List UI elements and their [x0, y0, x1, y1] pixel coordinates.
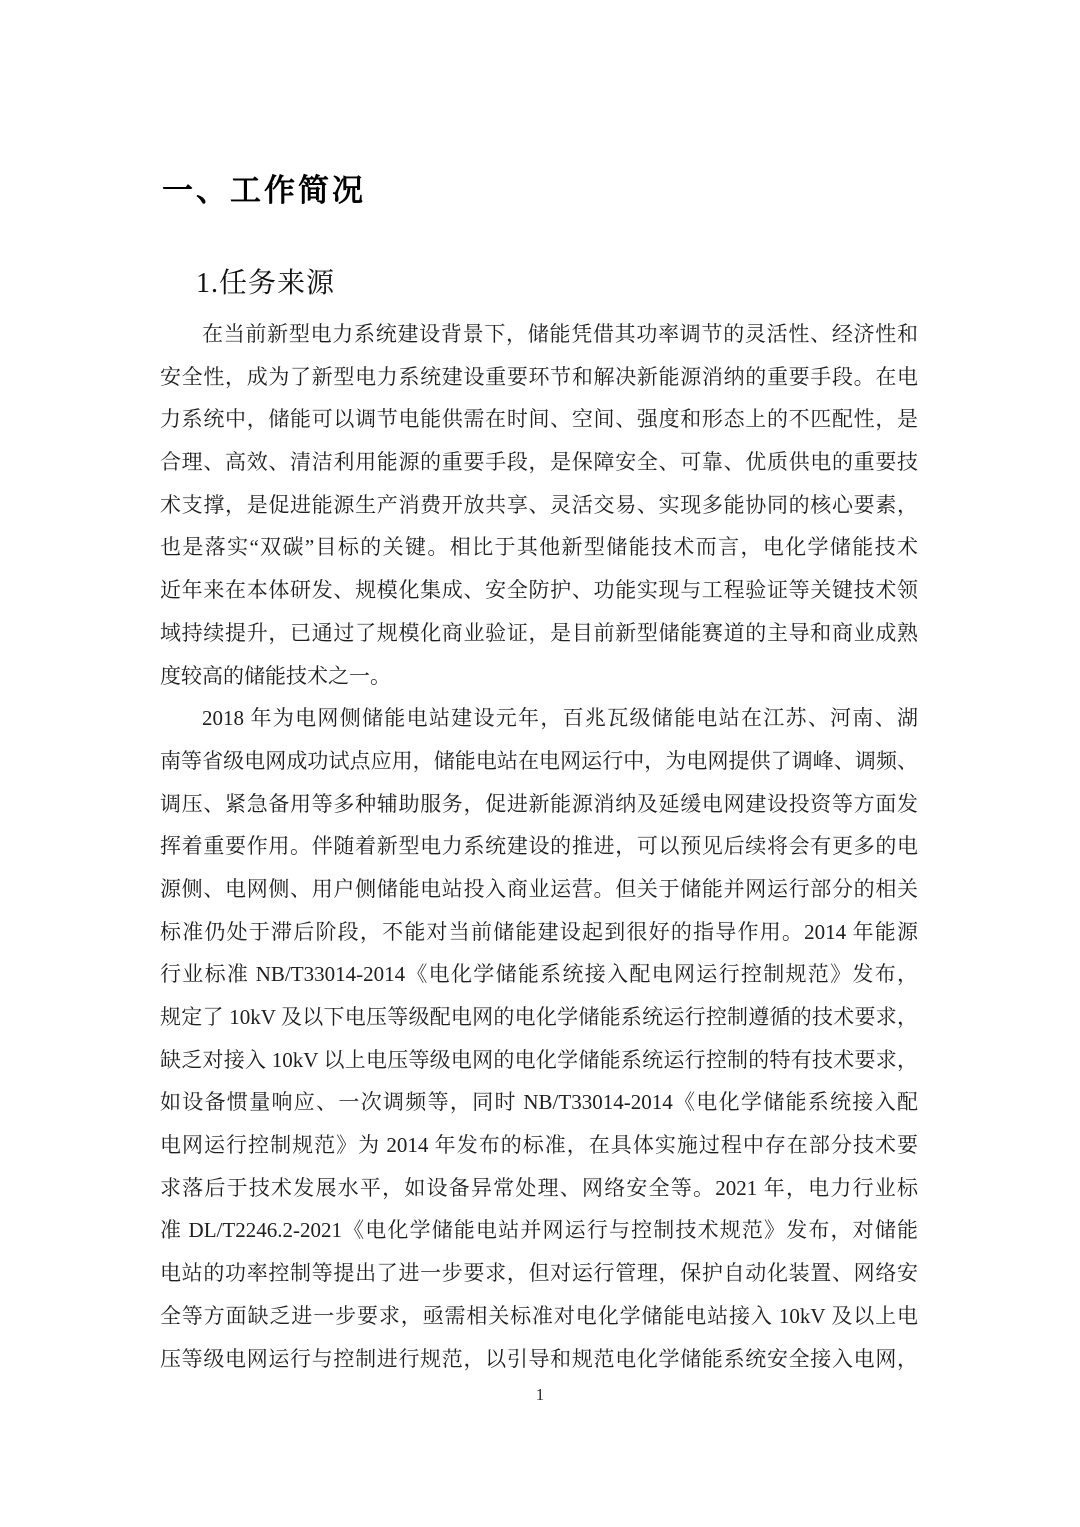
text-line: 调压、紧急备用等多种辅助服务，促进新能源消纳及延缓电网建设投资等方面发: [160, 783, 918, 826]
text-line: 规定了 10kV 及以下电压等级配电网的电化学储能系统运行控制遵循的技术要求，: [160, 996, 918, 1039]
text-line: 合理、高效、清洁利用能源的重要手段，是保障安全、可靠、优质供电的重要技: [160, 441, 918, 484]
text-line: 电站的功率控制等提出了进一步要求，但对运行管理，保护自动化装置、网络安: [160, 1252, 918, 1295]
text-line: 也是落实“双碳”目标的关键。相比于其他新型储能技术而言，电化学储能技术: [160, 526, 918, 569]
paragraph-task-source-intro: 在当前新型电力系统建设背景下，储能凭借其功率调节的灵活性、经济性和安全性，成为了…: [160, 313, 918, 697]
text-line: 2018 年为电网侧储能电站建设元年，百兆瓦级储能电站在江苏、河南、湖: [160, 697, 918, 740]
text-line: 在当前新型电力系统建设背景下，储能凭借其功率调节的灵活性、经济性和: [160, 313, 918, 356]
text-line: 挥着重要作用。伴随着新型电力系统建设的推进，可以预见后续将会有更多的电: [160, 825, 918, 868]
text-line: 术支撑，是促进能源生产消费开放共享、灵活交易、实现多能协同的核心要素，: [160, 484, 918, 527]
text-line: 压等级电网运行与控制进行规范，以引导和规范电化学储能系统安全接入电网，: [160, 1338, 918, 1381]
text-line: 行业标准 NB/T33014-2014《电化学储能系统接入配电网运行控制规范》发…: [160, 953, 918, 996]
text-line: 全等方面缺乏进一步要求，亟需相关标准对电化学储能电站接入 10kV 及以上电: [160, 1295, 918, 1338]
subsection-heading: 1.任务来源: [196, 266, 335, 302]
text-line: 如设备惯量响应、一次调频等，同时 NB/T33014-2014《电化学储能系统接…: [160, 1081, 918, 1124]
text-line: 准 DL/T2246.2-2021《电化学储能电站并网运行与控制技术规范》发布，…: [160, 1209, 918, 1252]
document-body: 在当前新型电力系统建设背景下，储能凭借其功率调节的灵活性、经济性和安全性，成为了…: [160, 313, 918, 1380]
text-line: 南等省级电网成功试点应用，储能电站在电网运行中，为电网提供了调峰、调频、: [160, 740, 918, 783]
text-line: 标准仍处于滞后阶段，不能对当前储能建设起到很好的指导作用。2014 年能源: [160, 911, 918, 954]
text-line: 度较高的储能技术之一。: [160, 655, 918, 698]
text-line: 域持续提升，已通过了规模化商业验证，是目前新型储能赛道的主导和商业成熟: [160, 612, 918, 655]
page-number: 1: [0, 1384, 1080, 1406]
paragraph-standards-background: 2018 年为电网侧储能电站建设元年，百兆瓦级储能电站在江苏、河南、湖南等省级电…: [160, 697, 918, 1380]
text-line: 安全性，成为了新型电力系统建设重要环节和解决新能源消纳的重要手段。在电: [160, 356, 918, 399]
text-line: 力系统中，储能可以调节电能供需在时间、空间、强度和形态上的不匹配性，是: [160, 398, 918, 441]
text-line: 缺乏对接入 10kV 以上电压等级电网的电化学储能系统运行控制的特有技术要求，: [160, 1039, 918, 1082]
text-line: 求落后于技术发展水平，如设备异常处理、网络安全等。2021 年，电力行业标: [160, 1167, 918, 1210]
text-line: 近年来在本体研发、规模化集成、安全防护、功能实现与工程验证等关键技术领: [160, 569, 918, 612]
text-line: 源侧、电网侧、用户侧储能电站投入商业运营。但关于储能并网运行部分的相关: [160, 868, 918, 911]
section-heading: 一、工作简况: [162, 172, 366, 210]
document-page: 一、工作简况 1.任务来源 在当前新型电力系统建设背景下，储能凭借其功率调节的灵…: [0, 0, 1080, 1527]
text-line: 电网运行控制规范》为 2014 年发布的标准，在具体实施过程中存在部分技术要: [160, 1124, 918, 1167]
